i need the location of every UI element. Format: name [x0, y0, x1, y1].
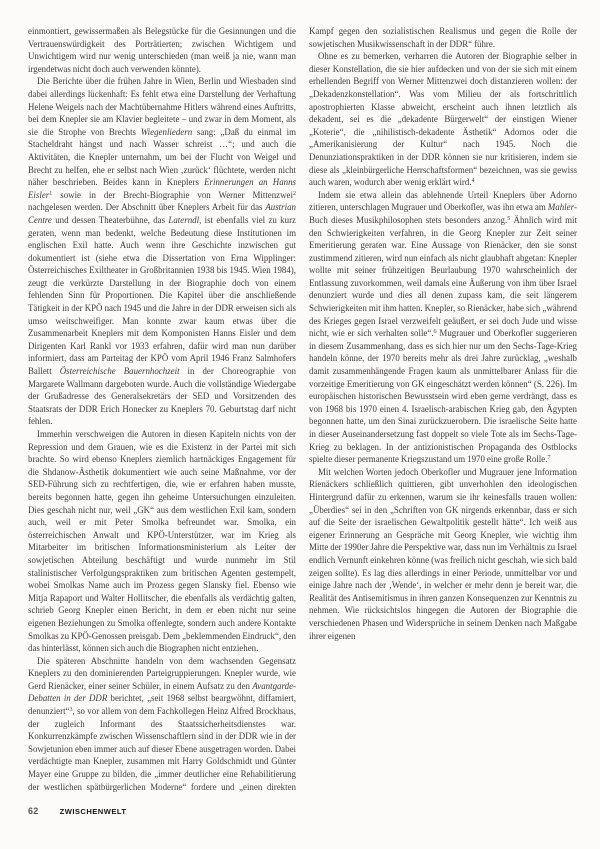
italic-title: Austrian Centre — [28, 202, 296, 225]
journal-page: einmontiert, gewissermaßen als Belegstüc… — [0, 0, 600, 849]
paragraph: Ohne es zu bemerken, verharren die Autor… — [309, 50, 577, 189]
paragraph: Mit welchen Worten jedoch Oberkofler und… — [309, 466, 577, 642]
page-footer: 62 ZWISCHENWELT — [28, 806, 568, 820]
footnote-marker: 3 — [70, 707, 73, 713]
footnote-marker: 5 — [507, 216, 510, 222]
footnote-marker: 7 — [547, 455, 550, 461]
footnote-marker: 4 — [472, 178, 475, 184]
paragraph: Immerhin verschweigen die Autoren in die… — [28, 428, 296, 655]
footnote-marker: 2 — [293, 191, 296, 197]
italic-title: Wiegenliedern — [141, 127, 192, 137]
page-number: 62 — [28, 806, 39, 816]
italic-title: Laterndl — [168, 215, 199, 225]
journal-title: ZWISCHENWELT — [60, 807, 127, 816]
paragraph: einmontiert, gewissermaßen als Belegstüc… — [28, 25, 296, 75]
paragraph: Indem sie etwa allein das ablehnende Urt… — [309, 189, 577, 466]
italic-title: Avantgarde-Debatten in der DDR — [28, 681, 296, 704]
paragraph: Die Berichte über die frühen Jahre in Wi… — [28, 75, 296, 428]
italic-title: Mahler — [548, 202, 574, 212]
italic-title: Österreichische Bauernhochzeit — [60, 366, 180, 376]
footnote-marker: 6 — [434, 329, 437, 335]
article-text-columns: einmontiert, gewissermaßen als Belegstüc… — [28, 25, 577, 809]
italic-title: Erinnerungen an Hanns Eisler — [28, 177, 296, 200]
footnote-marker: 1 — [49, 191, 52, 197]
